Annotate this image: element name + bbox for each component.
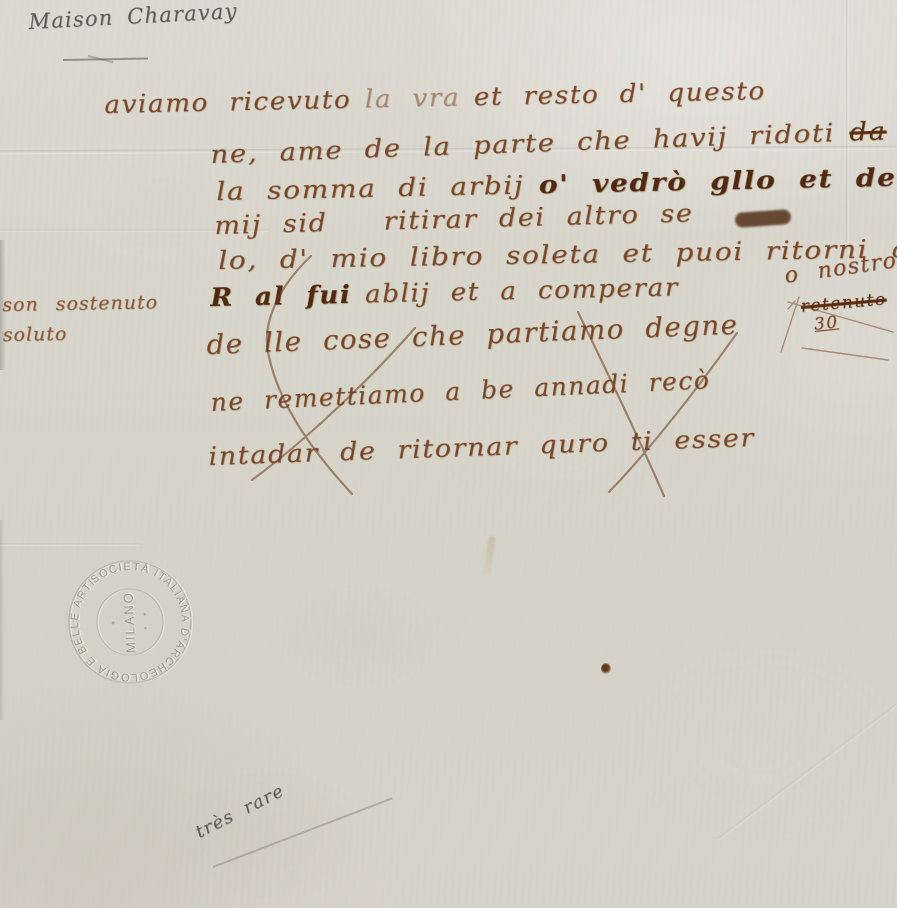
word-segment: et resto d' questo — [474, 76, 767, 111]
faint-smudge — [483, 536, 496, 577]
manuscript-line: de lle cose che partiamo degne — [206, 309, 752, 361]
word-segment: R al fui — [210, 280, 352, 312]
word-segment: da — [849, 116, 887, 146]
torn-edge-shadow-lower — [0, 520, 4, 720]
manuscript-line: ne, ame de la parte che havij ridotida — [210, 116, 897, 169]
word-segment: mij sid — [214, 208, 328, 240]
insertion-text-struck: retenuto — [800, 290, 887, 317]
svg-text:SOCIETÀ ITALIANA D'ARCHEOLOGIA: SOCIETÀ ITALIANA D'ARCHEOLOGIA E BELLE A… — [45, 537, 215, 707]
fold-crease-bottom-right — [717, 697, 897, 841]
manuscript-photo: Maison Charavay aviamo ricevutola vraet … — [0, 0, 897, 908]
word-segment: ne, ame de la parte che havij ridoti — [210, 118, 836, 169]
embossed-society-stamp: SOCIETÀ ITALIANA D'ARCHEOLOGIA E BELLE A… — [45, 537, 215, 707]
pencil-footer-note: très rare — [192, 780, 288, 843]
word-segment: la vra — [365, 83, 461, 114]
manuscript-line: aviamo ricevutola vraet resto d' questo — [104, 76, 780, 119]
insertion-number: 30 — [813, 312, 840, 334]
svg-text:SOCIETÀ ITALIANA D'ARCHEOLOGIA: SOCIETÀ ITALIANA D'ARCHEOLOGIA E BELLE A… — [45, 537, 215, 707]
word-segment: ablij et a comperar — [365, 272, 680, 308]
word-segment: la somma di arbij — [216, 171, 525, 206]
stamp-center-text: MILANO — [120, 591, 138, 654]
manuscript-line: ne remettiamo a be annadi recò — [210, 365, 724, 417]
ink-deletion-blob — [735, 209, 792, 228]
word-segment: ritirar dei altro se — [383, 198, 694, 235]
fold-crease-mid — [0, 543, 140, 546]
pencil-header-note: Maison Charavay — [28, 0, 238, 34]
word-segment: o' vedrò gllo et de — [539, 163, 897, 199]
margin-note-line1: son sostenuto — [2, 287, 158, 320]
manuscript-line: intadar de ritornar quro ti esser — [208, 422, 769, 471]
word-segment: ne remettiamo a be annadi recò — [210, 365, 711, 417]
stamp-ring-text: SOCIETÀ ITALIANA D'ARCHEOLOGIA E BELLE A… — [45, 537, 215, 707]
word-segment: aviamo ricevuto — [104, 85, 352, 119]
stamp-ring-text-highlight: SOCIETÀ ITALIANA D'ARCHEOLOGIA E BELLE A… — [45, 537, 215, 707]
margin-note-line2: soluto — [3, 317, 159, 350]
margin-note: son sostenuto soluto — [2, 287, 159, 350]
word-segment: intadar de ritornar quro ti esser — [208, 423, 755, 471]
stamp-center-text-highlight: MILANO — [121, 590, 139, 653]
ink-stain-spot — [601, 663, 611, 674]
manuscript-line: R al fuiablij et a comperar — [210, 272, 693, 312]
word-segment: de lle cose che partiamo degne — [206, 310, 739, 361]
